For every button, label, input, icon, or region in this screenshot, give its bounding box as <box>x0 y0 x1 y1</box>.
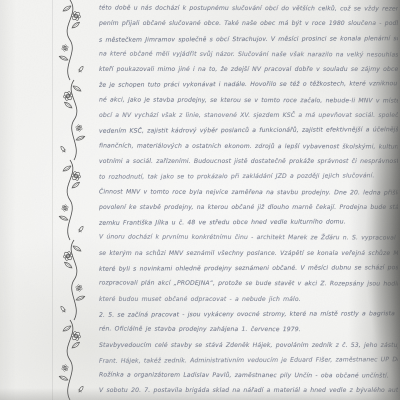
handwritten-line: V únoru dochází k prvnímu konkrétnímu či… <box>99 230 398 246</box>
handwritten-line: této době u nás dochází k postupnému slu… <box>99 1 398 17</box>
handwritten-line: to rozhodnutí, tak jako se to prokázalo … <box>99 168 398 185</box>
handwritten-line: že je schopen tuto práci vykonávat i nad… <box>99 77 398 94</box>
handwritten-line: finančních, materiálových a ostatních ek… <box>99 138 398 154</box>
handwritten-line: Frant. Hájek, takéž zedník. Administrati… <box>99 352 398 369</box>
handwritten-line: rozpracovali plán akcí „PRODEJNA“, proto… <box>99 276 398 292</box>
handwritten-line: votními a sociál. zařízeními. Budoucnost… <box>99 154 398 169</box>
handwritten-line: se kterým na schůzi MNV seznámil všechny… <box>99 246 398 261</box>
page-left-margin <box>0 0 53 400</box>
handwritten-line: Činnost MNV v tomto roce byla nejvíce za… <box>99 184 398 200</box>
handwritten-line: pením přijali občané slučované obce. Tak… <box>99 16 398 31</box>
handwritten-line: né akci, jako je stavba prodejny, se kte… <box>99 92 398 108</box>
handwritten-line: V sobotu 20. 7. postavila brigáda sklad … <box>99 383 398 398</box>
handwritten-line: na které občané měli vyjádřit svůj názor… <box>99 46 398 62</box>
handwritten-line: Stavbyvedoucím celé stavby se stává Zden… <box>99 338 398 353</box>
handwritten-line: které byli s novinkami ohledně prodejny … <box>99 260 398 277</box>
handwritten-text-block: této době u nás dochází k postupnému slu… <box>99 1 398 400</box>
handwritten-line: s městečkem Jimramov společně s obcí Str… <box>99 31 398 48</box>
handwritten-line: obcí a NV vychází však z linie, stanoven… <box>99 108 398 123</box>
handwritten-line: Rožínka a organizátorem Ladislav Pavlů, … <box>99 368 398 384</box>
handwritten-line: rén. Oficiálně je stavba prodejny zaháje… <box>99 322 398 338</box>
handwritten-line: vedením KSČ, zajistit kádrový výběr posl… <box>99 123 398 140</box>
scanned-chronicle-page: této době u nás dochází k postupnému slu… <box>0 0 400 400</box>
floral-vine-border-illustration <box>54 0 94 400</box>
handwritten-line: které budou muset občané odpracovat - a … <box>99 292 398 307</box>
handwritten-line: 2. 5. se začíná pracovat - jsou vykáceny… <box>99 306 398 323</box>
handwritten-line: povolení ke stavbě prodejny, na kterou o… <box>99 200 398 215</box>
handwritten-line: kteří poukazovali mimo jiné i na to, že … <box>99 62 398 77</box>
